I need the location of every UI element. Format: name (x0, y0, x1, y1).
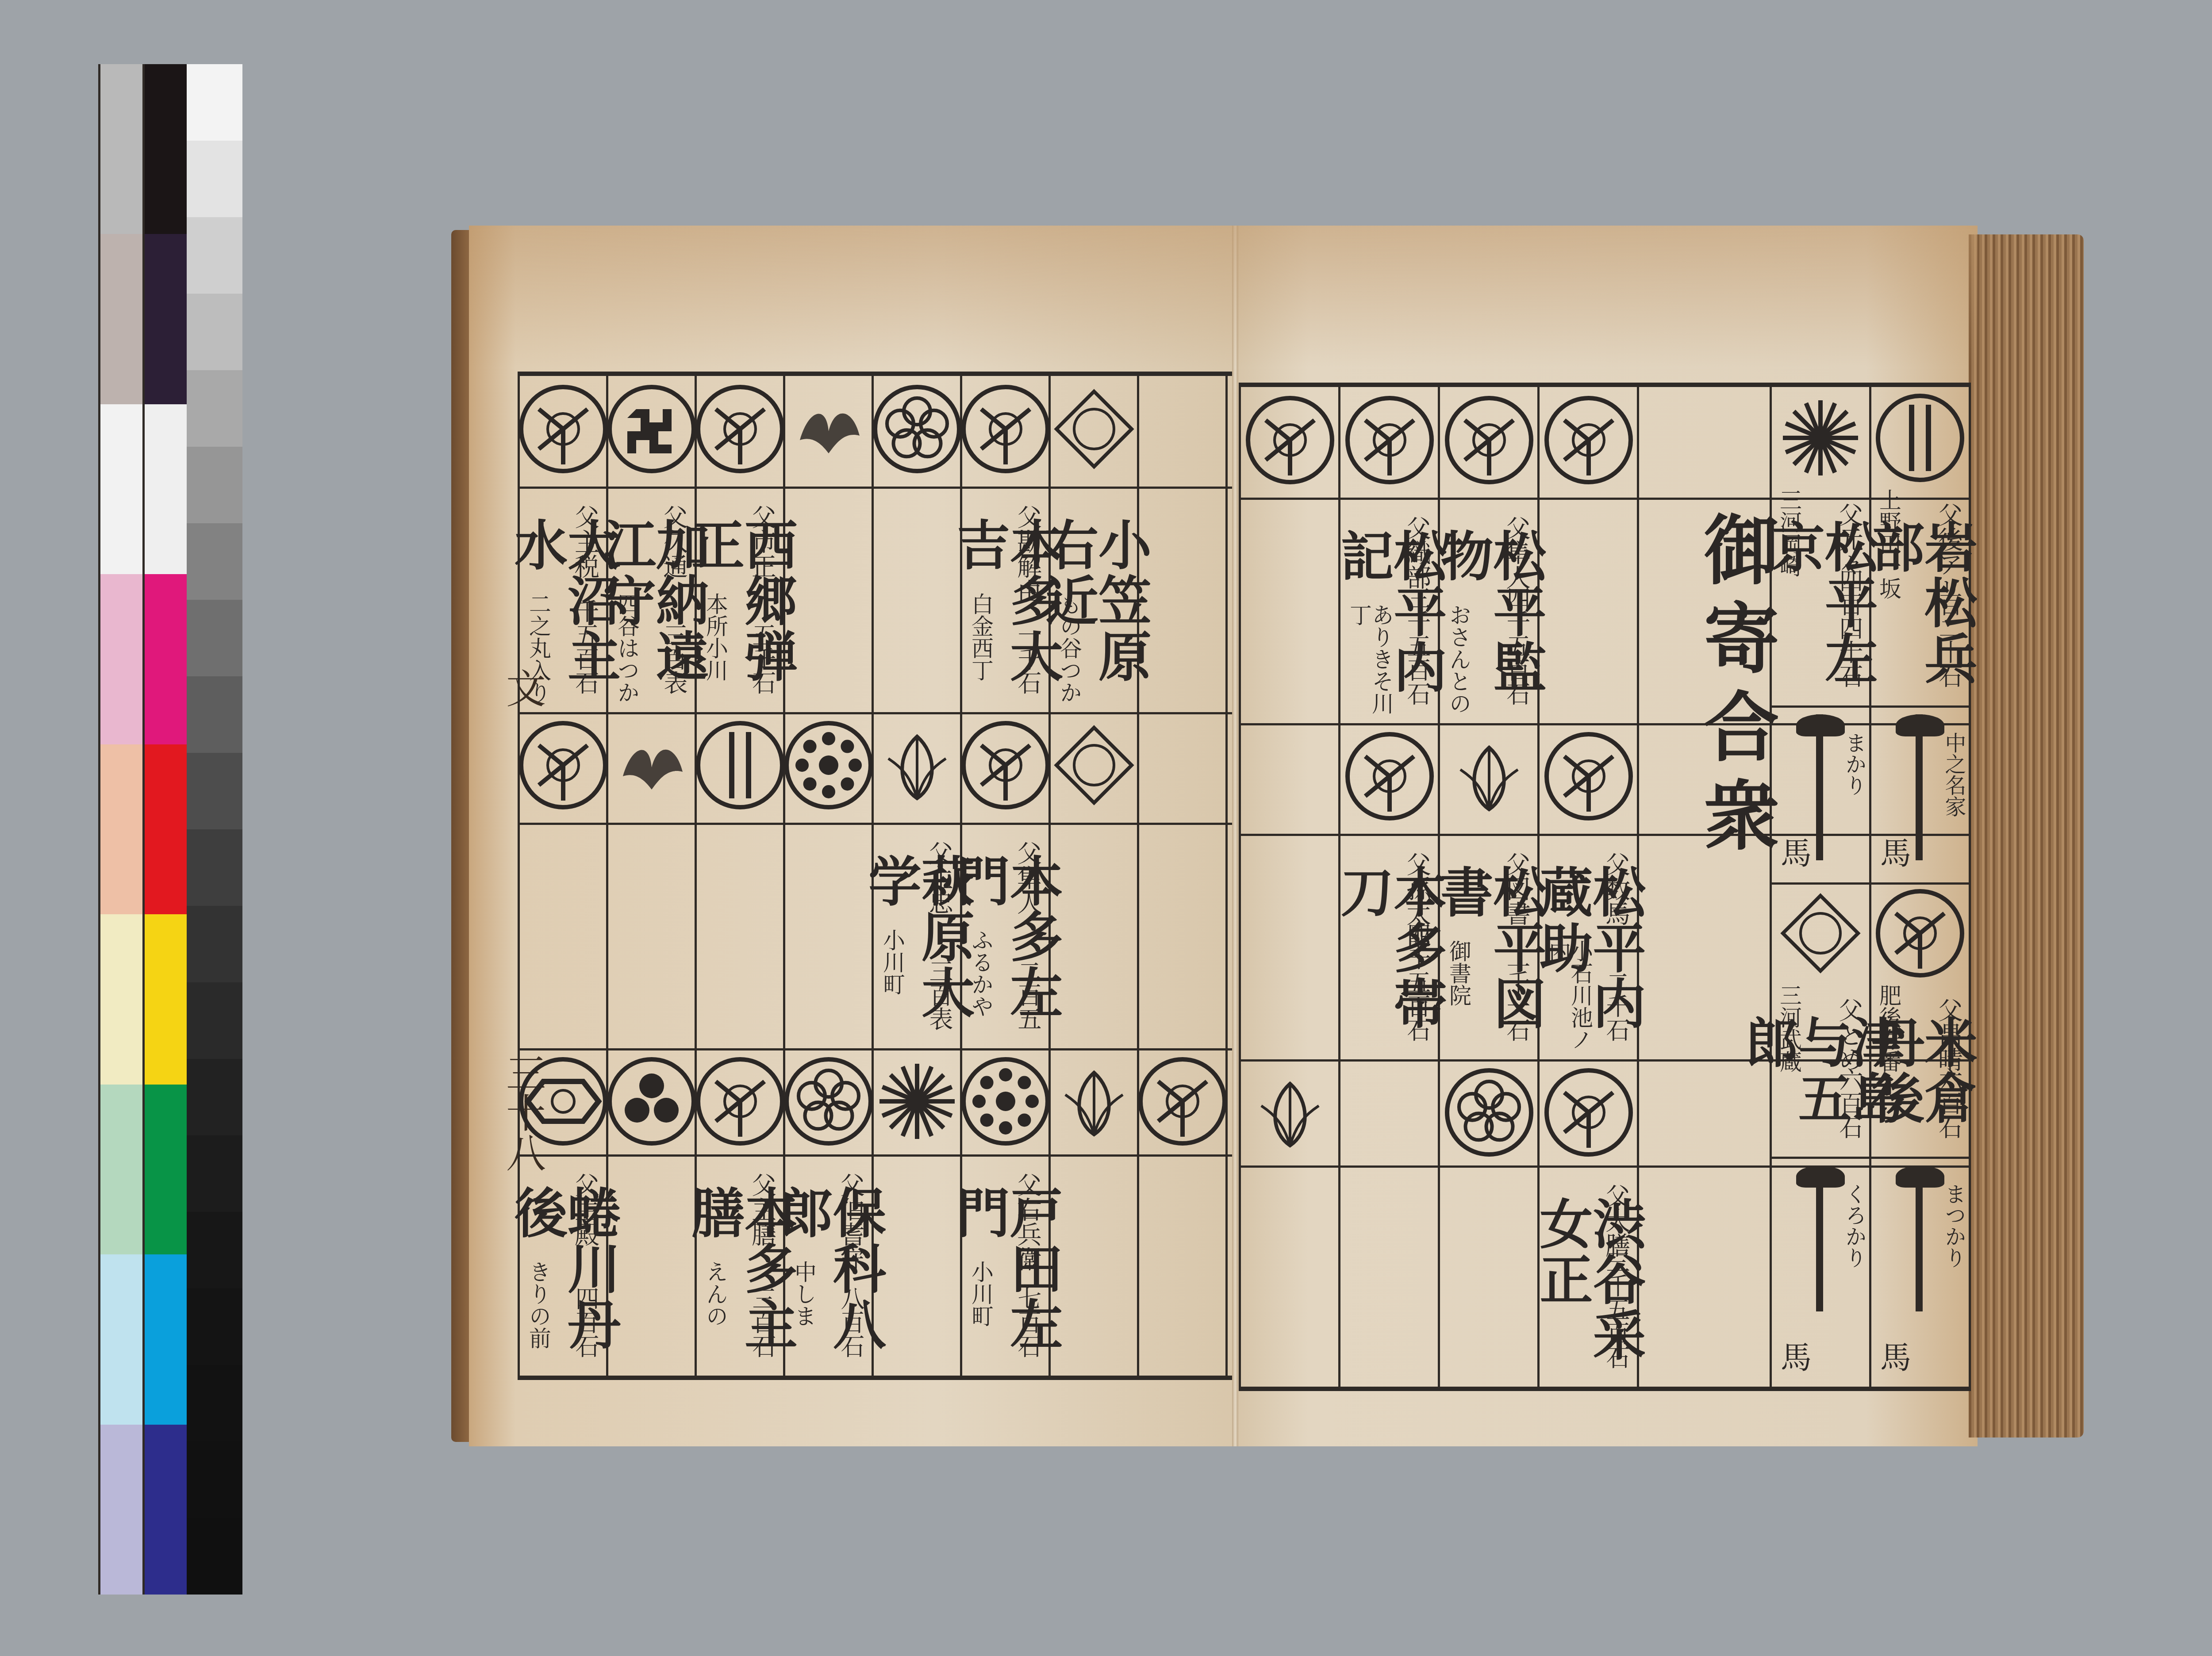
register-entry (1052, 1048, 1136, 1376)
color-patch (145, 1254, 187, 1424)
color-patch (187, 829, 242, 906)
register-entry (1441, 1059, 1536, 1387)
family-crest-icon (782, 383, 875, 475)
stipend-text: 六百石 (1937, 1067, 1961, 1139)
entry-text-block (787, 491, 871, 712)
stipend-text: 百二十石 (1937, 592, 1961, 688)
register-entry (1052, 712, 1136, 1048)
color-patch (187, 370, 242, 447)
father-name: 父織部 (1404, 515, 1429, 590)
family-crest-icon (1874, 391, 1966, 484)
regalia-panel: 岩松兵部父後アリ百二十石上野田一坂松平左京父元々四百四十石三河岡崎馬中之名家馬ま… (1770, 387, 1971, 1387)
family-crest-icon (871, 383, 964, 475)
entry-text-block (1052, 827, 1136, 1048)
register-entry: 小笠原右近もの谷つか (1052, 376, 1136, 712)
family-crest-icon (1443, 730, 1536, 823)
register-entry: 蜷川丹後父主殿四百石きりの前 (521, 1048, 605, 1376)
father-name: 父主膳 (749, 1172, 774, 1246)
color-patch (187, 1288, 242, 1365)
father-text: 父とめ (1836, 997, 1861, 1072)
family-crest-icon (1542, 730, 1635, 823)
residence: えんの (704, 1261, 726, 1327)
family-crest-icon (959, 383, 1052, 475)
register-entry (787, 712, 871, 1048)
register-entry (610, 712, 694, 1048)
entry-text-block: 小笠原右近もの谷つか (1052, 491, 1136, 712)
register-entry (875, 1048, 959, 1376)
family-crest-icon (871, 719, 964, 812)
color-patch (100, 574, 142, 744)
residence: ありきそ川丁 (1348, 604, 1392, 723)
entry-text-block: 萩原大学父主忠三百表小川町 (875, 827, 959, 1048)
entry-text-block: 加納遠江守父久通三百表四谷はつか (610, 491, 694, 712)
residence-text: 三河岡崎 (1778, 489, 1800, 577)
residence: 小石川池ノ内 (1547, 940, 1591, 1059)
register-entry (875, 376, 959, 712)
stipend-amount: 一千石 (1016, 623, 1040, 694)
color-patch (145, 574, 187, 744)
entry-text-block (875, 1159, 959, 1376)
family-crest-icon (1774, 391, 1867, 484)
color-patch (187, 64, 242, 141)
samurai-name: 津島与五郎 (1741, 1015, 1900, 1157)
color-patch (187, 1365, 242, 1441)
entry-text-block (521, 827, 605, 1048)
stipend-amount: 四千五百石 (1505, 586, 1528, 705)
family-crest-icon (1774, 887, 1867, 980)
color-patch (145, 234, 187, 404)
register-entry: 本多帯刀父孫太郎四千五百石 (1342, 723, 1437, 1059)
color-patch (100, 744, 142, 914)
register-entry (1141, 1048, 1225, 1376)
father-name: 父隼人 (1504, 515, 1528, 590)
register-entry: 松平内蔵助父数馬二千石小石川池ノ内 (1541, 723, 1636, 1059)
register-entry: 大沼主水父主税千五百石二之丸入り (521, 376, 605, 712)
father-name: 父市正 (749, 504, 774, 579)
family-crest-icon (1343, 394, 1436, 487)
entry-text-block: 戸田左門父右兵衛七百石小川町 (964, 1159, 1048, 1376)
color-checker-card (98, 64, 242, 1595)
color-patch (100, 64, 142, 234)
family-crest-icon (1343, 1066, 1436, 1159)
father-name: 父主忠 (926, 840, 951, 915)
register-entry: 本多主膳父主膳三百石えんの (698, 1048, 782, 1376)
color-patch (187, 906, 242, 982)
father-name: 父勘解由 (1015, 504, 1040, 603)
regalia-entry: 馬くろかり (1772, 1157, 1871, 1389)
residence-text: 三河武蔵 (1778, 984, 1800, 1073)
residence: 二之丸入り (527, 593, 549, 703)
residence: きりの前 (527, 1261, 549, 1349)
register-entry (1242, 1059, 1337, 1387)
color-patch (100, 914, 142, 1084)
residence: 小川町 (881, 929, 903, 995)
family-crest-icon (782, 1055, 875, 1148)
regalia-note: まつかり (1943, 1183, 1964, 1268)
entry-text-block (698, 827, 782, 1048)
stipend-amount: 三千五百石 (1405, 586, 1429, 705)
father-name: 父主税 (572, 504, 597, 579)
stipend-amount: 八百石 (839, 1286, 863, 1358)
residence: 小川町 (970, 1261, 992, 1327)
left-page-register-grid: 小笠原右近もの谷つか本多大吉父勘解由一千石白金西丁西郷弾正父市正五千石本所小川加… (518, 372, 1232, 1380)
family-crest-icon (1048, 1055, 1141, 1148)
family-crest-icon (1048, 719, 1141, 812)
residence: 御書院 (1448, 940, 1470, 1006)
register-entry (1242, 723, 1337, 1059)
color-patch (187, 294, 242, 370)
grid-column-rule (1225, 376, 1228, 1376)
color-patch (100, 404, 142, 574)
grid-column-rule (1239, 387, 1241, 1387)
checker-left-column (98, 64, 142, 1595)
entry-text-block: 松平監物父隼人四千五百石おさんとの (1441, 502, 1536, 723)
register-entry: 津島与五郎父とめ六百石三河武蔵 (1772, 882, 1871, 1159)
family-crest-icon (1443, 394, 1536, 487)
register-entry (787, 376, 871, 712)
stipend-amount: 七百石 (1016, 1286, 1040, 1358)
spear-head-icon (1796, 1165, 1845, 1188)
father-name: 父隼人 (1015, 840, 1040, 915)
family-crest-icon (1244, 730, 1336, 823)
family-crest-icon (1443, 1066, 1536, 1159)
top-margin-stain (469, 226, 1978, 367)
stipend-amount: 三千五百石 (1604, 1250, 1628, 1369)
page-gutter (1232, 226, 1238, 1446)
father-name: 父大膳 (1603, 1183, 1628, 1257)
stipend-amount: 二千石 (1604, 970, 1628, 1042)
father-text: 父元々 (1836, 502, 1861, 576)
color-patch (187, 1059, 242, 1135)
horse-label: 馬 (1880, 829, 1911, 874)
family-crest-icon (605, 1055, 698, 1148)
entry-text-block: 西郷弾正父市正五千石本所小川 (698, 491, 782, 712)
family-crest-icon (1048, 383, 1141, 475)
register-entry: 萩原大学父主忠三百表小川町 (875, 712, 959, 1048)
stipend-text: 六百石 (1837, 1067, 1861, 1139)
spear-head-icon (1896, 1165, 1944, 1188)
entry-text-block: 本多帯刀父孫太郎四千五百石 (1342, 838, 1437, 1059)
father-name: 父数馬 (1603, 851, 1628, 926)
register-entry: 松平内記父織部三千五百石ありきそ川丁 (1342, 387, 1437, 723)
entry-text-block: 渋谷采女正父大膳三千五百石 (1541, 1170, 1636, 1387)
stipend-amount: 五千石 (750, 623, 774, 694)
stipend-amount: 二千一石 (1505, 946, 1528, 1042)
entry-text-block: 本多左門父隼人二百五ふるかや (964, 827, 1048, 1048)
father-name: 父伯耆守 (838, 1172, 863, 1271)
register-entry: 松平監物父隼人四千五百石おさんとの (1441, 387, 1536, 723)
entry-text-block (1242, 838, 1337, 1059)
stipend-amount: 四千五百石 (1405, 922, 1429, 1042)
register-entry: 岩松兵部父後アリ百二十石上野田一坂 (1871, 387, 1971, 708)
color-patch (187, 217, 242, 294)
stipend-amount: 三百石 (750, 1286, 774, 1358)
checker-middle-column (142, 64, 187, 1595)
family-crest-icon (782, 719, 875, 812)
register-entry (698, 712, 782, 1048)
family-crest-icon (1542, 1066, 1635, 1159)
open-book: 文 三十八 小笠原右近もの谷つか本多大吉父勘解由一千石白金西丁西郷弾正父市正五千… (451, 226, 2084, 1446)
horse-label: 馬 (1781, 1333, 1812, 1378)
entry-text-block: 蜷川丹後父主殿四百石きりの前 (521, 1159, 605, 1376)
residence: 白金西丁 (970, 593, 992, 681)
family-crest-icon (1244, 394, 1336, 487)
entry-text-block (1242, 1170, 1337, 1387)
color-patch (100, 1254, 142, 1424)
entry-text-block (1441, 1170, 1536, 1387)
register-entry: 本多左門父隼人二百五ふるかや (964, 712, 1048, 1048)
entry-text-block (1141, 1159, 1225, 1376)
color-patch (100, 1085, 142, 1254)
entry-text-block: 松平内蔵助父数馬二千石小石川池ノ内 (1541, 838, 1636, 1059)
family-crest-icon (517, 383, 610, 475)
color-patch (145, 64, 187, 234)
register-entry: 保科八郎父伯耆守八百石中しま (787, 1048, 871, 1376)
register-entry (1541, 387, 1636, 723)
register-entry: 松平図書父図書二千一石御書院 (1441, 723, 1536, 1059)
register-entry: 加納遠江守父久通三百表四谷はつか (610, 376, 694, 712)
color-patch (187, 1212, 242, 1288)
regalia-entry: 馬まつかり (1871, 1157, 1971, 1389)
father-text: 父昌晴 (1936, 997, 1961, 1072)
stipend-amount: 千五百石 (573, 599, 597, 694)
entry-text-block: 本多大吉父勘解由一千石白金西丁 (964, 491, 1048, 712)
register-entry (521, 712, 605, 1048)
family-crest-icon (694, 1055, 787, 1148)
color-patch (145, 914, 187, 1084)
regalia-note: 中之名家 (1943, 732, 1964, 817)
register-entry (610, 1048, 694, 1376)
family-crest-icon (1244, 1066, 1336, 1159)
register-entry (1242, 387, 1337, 723)
father-text: 父後アリ (1936, 502, 1961, 601)
color-patch (100, 234, 142, 404)
color-patch (187, 447, 242, 523)
entry-text-block (1052, 1159, 1136, 1376)
color-patch (187, 753, 242, 829)
entry-text-block (1342, 1170, 1437, 1387)
spear-head-icon (1896, 714, 1944, 736)
family-crest-icon (694, 383, 787, 475)
stipend-amount: 二百五 (1016, 959, 1040, 1031)
color-patch (145, 1085, 187, 1254)
family-crest-icon (959, 1055, 1052, 1148)
register-entry: 戸田左門父右兵衛七百石小川町 (964, 1048, 1048, 1376)
register-entry: 松平左京父元々四百四十石三河岡崎 (1772, 387, 1871, 708)
family-crest-icon (517, 719, 610, 812)
right-page-register-grid: 御寄合衆 松平監物父隼人四千五百石おさんとの松平内記父織部三千五百石ありきそ川丁… (1239, 383, 1971, 1391)
family-crest-icon (871, 1055, 964, 1148)
father-name: 父主殿 (572, 1172, 597, 1246)
color-patch (187, 676, 242, 753)
family-crest-icon (517, 1055, 610, 1148)
register-entry (1342, 1059, 1437, 1387)
family-crest-icon (694, 719, 787, 812)
family-crest-icon (1136, 1055, 1229, 1148)
entry-text-block (1242, 502, 1337, 723)
entry-text-block: 本多主膳父主膳三百石えんの (698, 1159, 782, 1376)
color-patch (187, 1441, 242, 1518)
stipend-amount: 三百表 (927, 959, 951, 1031)
entry-text-block: 松平内記父織部三千五百石ありきそ川丁 (1342, 502, 1437, 723)
entry-text-block (875, 491, 959, 712)
family-crest-icon (959, 719, 1052, 812)
register-entry: 渋谷采女正父大膳三千五百石 (1541, 1059, 1636, 1387)
entry-text-block (1541, 502, 1636, 723)
color-patch (187, 141, 242, 217)
horse-label: 馬 (1880, 1333, 1911, 1378)
entry-text-block (610, 1159, 694, 1376)
regalia-entry: 馬中之名家 (1871, 705, 1971, 885)
family-crest-icon (605, 719, 698, 812)
stipend-amount: 三百表 (662, 623, 686, 694)
color-patch (187, 982, 242, 1059)
father-name: 父図書 (1504, 851, 1528, 926)
father-name: 父久通 (661, 504, 686, 579)
book-fore-edge (1969, 234, 2084, 1437)
horse-label: 馬 (1781, 829, 1812, 874)
color-patch (187, 1135, 242, 1212)
color-patch (145, 744, 187, 914)
entry-text-block (610, 827, 694, 1048)
family-crest-icon (605, 383, 698, 475)
color-patch (145, 404, 187, 574)
stipend-amount: 四百石 (573, 1286, 597, 1358)
stipend-text: 四百四十石 (1837, 568, 1861, 688)
father-name: 父右兵衛 (1015, 1172, 1040, 1271)
residence: おさんとの (1448, 604, 1470, 714)
color-patch (187, 1518, 242, 1595)
residence-text: 上野田一坂 (1878, 489, 1900, 599)
entry-text-block (787, 827, 871, 1048)
regalia-entry: 馬まかり (1772, 705, 1871, 885)
entry-text-block: 松平図書父図書二千一石御書院 (1441, 838, 1536, 1059)
color-patch (187, 523, 242, 600)
grid-row-rule (518, 1376, 1232, 1378)
register-entry: 西郷弾正父市正五千石本所小川 (698, 376, 782, 712)
regalia-note: くろかり (1843, 1183, 1865, 1268)
regalia-note: まかり (1843, 732, 1865, 796)
entry-text-block: 大沼主水父主税千五百石二之丸入り (521, 491, 605, 712)
register-entry: 本多大吉父勘解由一千石白金西丁 (964, 376, 1048, 712)
family-crest-icon (1343, 730, 1436, 823)
color-patch (100, 1425, 142, 1595)
family-crest-icon (1542, 394, 1635, 487)
family-crest-icon (1874, 887, 1966, 980)
color-patch (145, 1425, 187, 1595)
checker-gray-scale (187, 64, 242, 1595)
color-patch (187, 600, 242, 676)
entry-text-block: 保科八郎父伯耆守八百石中しま (787, 1159, 871, 1376)
spear-head-icon (1796, 714, 1845, 736)
